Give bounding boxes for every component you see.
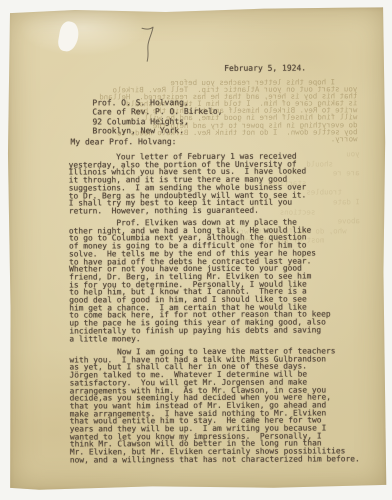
paper-damage-spot — [57, 20, 81, 53]
pencil-mark — [137, 23, 163, 67]
letter-paragraph-1: Your letter of February 1 was received y… — [69, 152, 371, 215]
letter-date: February 5, 1924. — [224, 64, 306, 73]
salutation: My dear Prof. Holvang: — [71, 137, 177, 146]
letter-paragraph-2: Prof. Elviken was down at my place the o… — [69, 218, 372, 343]
letter-paragraph-3: Now I am going to leave the matter of te… — [69, 347, 372, 464]
letter-paper: I hope this letter reaches you before yo… — [7, 7, 387, 491]
recipient-address: Prof. O. S. Holvang, Care of Rev. P. O. … — [92, 98, 222, 136]
